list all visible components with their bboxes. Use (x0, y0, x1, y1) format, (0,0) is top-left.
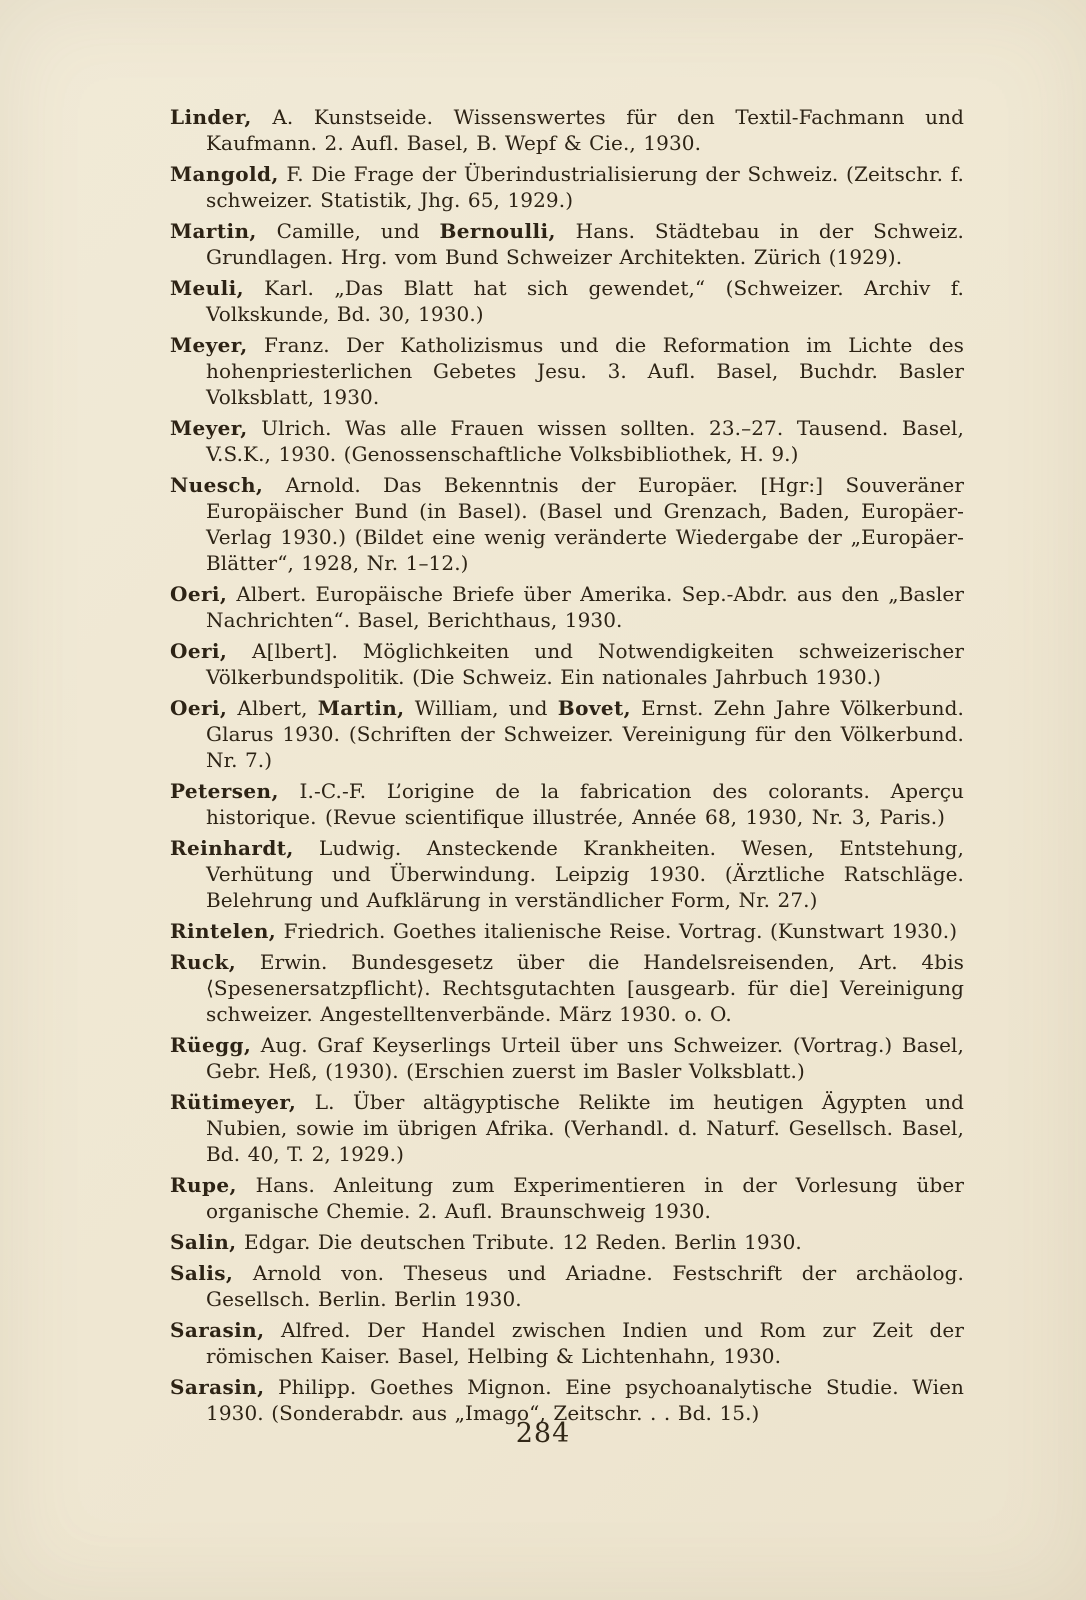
entry-author-name: Sarasin, (170, 1318, 264, 1342)
bibliography-entry: Linder, A. Kunstseide. Wissenswertes für… (170, 104, 964, 156)
bibliography-entry: Rütimeyer, L. Über altägyptische Relikte… (170, 1089, 964, 1167)
entry-author-name: Reinhardt, (170, 836, 294, 860)
entry-text: Edgar. Die deutschen Tribute. 12 Reden. … (237, 1230, 802, 1254)
scanned-book-page: Linder, A. Kunstseide. Wissenswertes für… (0, 0, 1086, 1600)
entry-author-name: Martin, (170, 219, 257, 243)
entry-text: Ludwig. Ansteckende Krankheiten. Wesen, … (206, 836, 964, 912)
entry-author-name: Sarasin, (170, 1375, 264, 1399)
entry-text: I.-C.-F. L’origine de la fabrication des… (206, 779, 964, 829)
entry-author-name: Martin, (318, 696, 405, 720)
bibliography-entry: Petersen, I.-C.-F. L’origine de la fabri… (170, 778, 964, 830)
entry-text: Albert, (227, 696, 318, 720)
entry-text: Arnold von. Theseus und Ariadne. Festsch… (206, 1261, 964, 1311)
bibliography-entry: Meyer, Franz. Der Katholizismus und die … (170, 332, 964, 410)
entry-text: Franz. Der Katholizismus und die Reforma… (206, 333, 964, 409)
entry-author-name: Salin, (170, 1230, 237, 1254)
bibliography-entry: Oeri, A[lbert]. Möglichkeiten und Notwen… (170, 638, 964, 690)
entry-author-name: Meyer, (170, 416, 248, 440)
entry-text: F. Die Frage der Überindustrialisierung … (206, 162, 964, 212)
page-number: 284 (0, 1418, 1086, 1449)
bibliography-entry: Rupe, Hans. Anleitung zum Experimentiere… (170, 1172, 964, 1224)
entry-author-name: Petersen, (170, 779, 279, 803)
entry-author-name: Bovet, (558, 696, 631, 720)
bibliography-entry: Sarasin, Alfred. Der Handel zwischen Ind… (170, 1317, 964, 1369)
entry-author-name: Rupe, (170, 1173, 237, 1197)
entry-author-name: Meyer, (170, 333, 248, 357)
bibliography-entry: Mangold, F. Die Frage der Überindustrial… (170, 161, 964, 213)
entry-author-name: Meuli, (170, 276, 244, 300)
bibliography-entry: Martin, Camille, und Bernoulli, Hans. St… (170, 218, 964, 270)
entry-author-name: Rintelen, (170, 919, 276, 943)
bibliography-entry: Ruck, Erwin. Bundesgesetz über die Hande… (170, 949, 964, 1027)
entry-author-name: Rütimeyer, (170, 1090, 296, 1114)
entry-text: Hans. Anleitung zum Experimentieren in d… (206, 1173, 964, 1223)
bibliography-entry: Salin, Edgar. Die deutschen Tribute. 12 … (170, 1229, 964, 1255)
entry-author-name: Rüegg, (170, 1033, 251, 1057)
entry-author-name: Oeri, (170, 639, 227, 663)
entry-text: Albert. Europäische Briefe über Amerika.… (206, 582, 964, 632)
bibliography-entry: Salis, Arnold von. Theseus und Ariadne. … (170, 1260, 964, 1312)
bibliography-entry: Reinhardt, Ludwig. Ansteckende Krankheit… (170, 835, 964, 913)
entry-author-name: Bernoulli, (440, 219, 556, 243)
entry-text: Ulrich. Was alle Frauen wissen sollten. … (206, 416, 964, 466)
entry-text: A[lbert]. Möglichkeiten und Notwendigkei… (206, 639, 964, 689)
entry-author-name: Nuesch, (170, 473, 263, 497)
bibliography-entry: Oeri, Albert. Europäische Briefe über Am… (170, 581, 964, 633)
entry-text: Alfred. Der Handel zwischen Indien und R… (206, 1318, 964, 1368)
entry-text: Camille, und (257, 219, 440, 243)
entry-text: Arnold. Das Bekenntnis der Europäer. [Hg… (206, 473, 964, 575)
bibliography-entry: Oeri, Albert, Martin, William, und Bovet… (170, 695, 964, 773)
entry-author-name: Oeri, (170, 582, 227, 606)
entry-author-name: Oeri, (170, 696, 227, 720)
entry-text: A. Kunstseide. Wissenswertes für den Tex… (206, 105, 964, 155)
entry-author-name: Linder, (170, 105, 252, 129)
entry-text: Erwin. Bundesgesetz über die Handelsreis… (206, 950, 964, 1026)
entry-text: William, und (405, 696, 558, 720)
bibliography-entry: Rintelen, Friedrich. Goethes italienisch… (170, 918, 964, 944)
entry-text: L. Über altägyptische Relikte im heutige… (206, 1090, 964, 1166)
entry-author-name: Mangold, (170, 162, 279, 186)
bibliography-list: Linder, A. Kunstseide. Wissenswertes für… (170, 104, 964, 1431)
bibliography-entry: Meuli, Karl. „Das Blatt hat sich gewende… (170, 275, 964, 327)
entry-text: Karl. „Das Blatt hat sich gewendet,“ (Sc… (206, 276, 964, 326)
entry-author-name: Ruck, (170, 950, 236, 974)
entry-text: Friedrich. Goethes italienische Reise. V… (276, 919, 957, 943)
bibliography-entry: Rüegg, Aug. Graf Keyserlings Urteil über… (170, 1032, 964, 1084)
bibliography-entry: Meyer, Ulrich. Was alle Frauen wissen so… (170, 415, 964, 467)
entry-author-name: Salis, (170, 1261, 233, 1285)
bibliography-entry: Nuesch, Arnold. Das Bekenntnis der Europ… (170, 472, 964, 576)
entry-text: Aug. Graf Keyserlings Urteil über uns Sc… (206, 1033, 964, 1083)
